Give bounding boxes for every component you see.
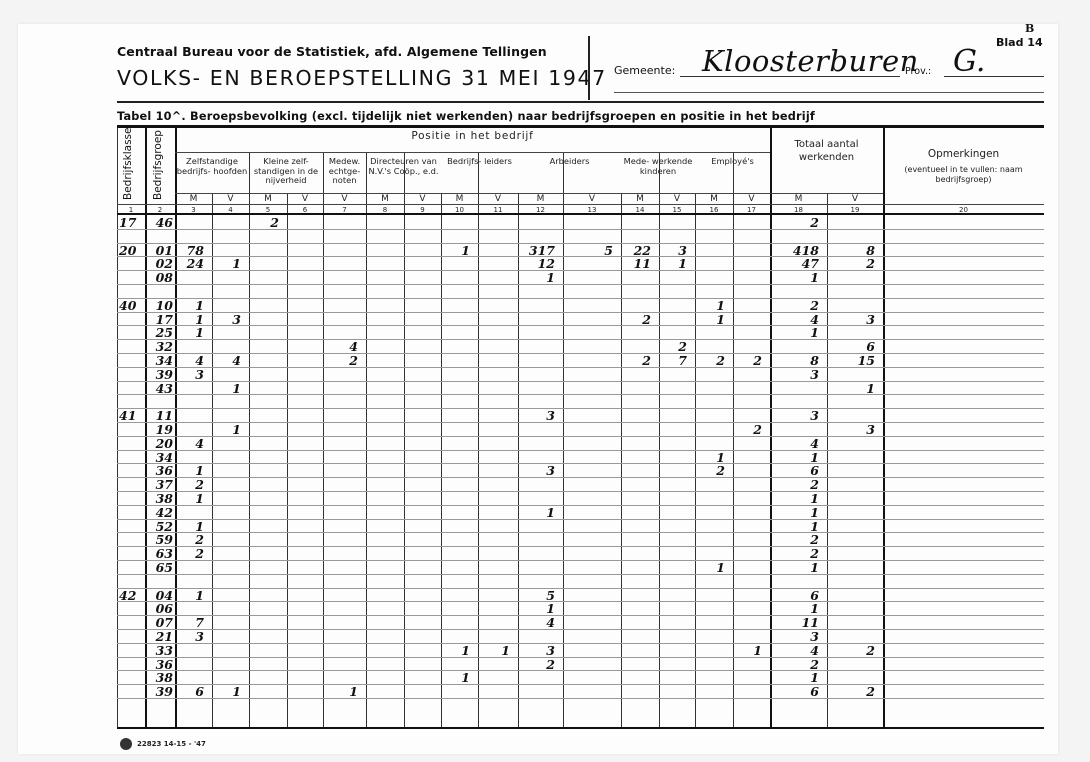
count-cell[interactable]: 1 (212, 256, 241, 271)
count-cell[interactable]: 3 (518, 408, 555, 423)
count-cell[interactable]: 1 (770, 505, 819, 520)
bedrijfsgroep-cell[interactable]: 36 (146, 463, 173, 478)
count-cell[interactable]: 4 (175, 353, 204, 368)
count-cell[interactable]: 6 (770, 684, 819, 699)
row-line (117, 670, 1044, 671)
count-cell[interactable]: 1 (770, 560, 819, 575)
sex-header: M (366, 194, 404, 204)
count-cell[interactable]: 8 (770, 353, 819, 368)
count-cell[interactable]: 2 (733, 422, 762, 437)
sex-header: V (478, 194, 518, 204)
count-cell[interactable]: 1 (323, 684, 358, 699)
count-cell[interactable]: 418 (770, 243, 819, 258)
count-cell[interactable]: 1 (659, 256, 687, 271)
bedrijfsgroep-cell[interactable]: 11 (146, 408, 173, 423)
row-line (117, 353, 1044, 354)
count-cell[interactable]: 4 (212, 353, 241, 368)
bedrijfsgroep-cell[interactable]: 39 (146, 367, 173, 382)
table-bottom-rule (117, 727, 1044, 729)
count-cell[interactable]: 6 (827, 339, 875, 354)
row-line (117, 408, 1044, 409)
group-header: Zelfstandige bedrijfs- hoofden (175, 157, 249, 176)
column-line (249, 152, 250, 727)
count-cell[interactable]: 1 (212, 684, 241, 699)
column-number: 1 (117, 206, 145, 214)
row-line (117, 270, 1044, 271)
column-line (883, 128, 885, 727)
count-cell[interactable]: 1 (478, 643, 510, 658)
count-cell[interactable]: 1 (175, 463, 204, 478)
count-cell[interactable]: 1 (518, 505, 555, 520)
bedrijfsgroep-cell[interactable]: 10 (146, 298, 173, 313)
count-cell[interactable]: 3 (518, 643, 555, 658)
column-line (621, 193, 622, 727)
sex-header: V (659, 194, 695, 204)
column-number: 16 (695, 206, 733, 214)
count-cell[interactable]: 2 (695, 463, 725, 478)
count-cell[interactable]: 1 (175, 588, 204, 603)
count-cell[interactable]: 3 (212, 312, 241, 327)
count-cell[interactable]: 1 (212, 381, 241, 396)
row-line (117, 519, 1044, 520)
group-header: Mede- werkende kinderen (621, 157, 695, 176)
count-cell[interactable]: 2 (827, 256, 875, 271)
count-cell[interactable]: 3 (827, 312, 875, 327)
bedrijfsgroep-cell[interactable]: 52 (146, 519, 173, 534)
sex-header: V (733, 194, 770, 204)
count-cell[interactable]: 1 (770, 601, 819, 616)
count-cell[interactable]: 1 (441, 643, 470, 658)
count-cell[interactable]: 1 (175, 298, 204, 313)
count-cell[interactable]: 2 (733, 353, 762, 368)
count-cell[interactable]: 317 (518, 243, 555, 258)
column-line (659, 152, 660, 727)
count-cell[interactable]: 1 (695, 560, 725, 575)
count-cell[interactable]: 2 (827, 643, 875, 658)
count-cell[interactable]: 1 (175, 325, 204, 340)
bedrijfsgroep-cell[interactable]: 38 (146, 491, 173, 506)
sex-header: M (621, 194, 659, 204)
row-line (117, 574, 1044, 575)
count-cell[interactable]: 78 (175, 243, 204, 258)
count-cell[interactable]: 3 (175, 629, 204, 644)
count-cell[interactable]: 1 (733, 643, 762, 658)
table-title: Tabel 10^. Beroepsbevolking (excl. tijde… (117, 110, 815, 123)
bedrijfsgroep-header: Bedrijfsgroep (152, 130, 164, 200)
count-cell[interactable]: 3 (175, 367, 204, 382)
gemeente-label: Gemeente: (614, 64, 675, 77)
count-cell[interactable]: 1 (770, 325, 819, 340)
blad-label: Blad (996, 36, 1023, 49)
sex-header: V (287, 194, 323, 204)
row-line (117, 298, 1044, 299)
column-number: 6 (287, 206, 323, 214)
column-number: 9 (404, 206, 441, 214)
count-cell[interactable]: 3 (827, 422, 875, 437)
bedrijfsgroep-cell[interactable]: 34 (146, 450, 173, 465)
count-cell[interactable]: 1 (770, 491, 819, 506)
row-line (117, 629, 1044, 630)
bedrijfsgroep-cell[interactable]: 43 (146, 381, 173, 396)
group-header: Medew. echtge- noten (323, 157, 366, 186)
sex-header: M (175, 194, 212, 204)
count-cell[interactable]: 47 (770, 256, 819, 271)
bureau-heading: Centraal Bureau voor de Statistiek, afd.… (117, 44, 547, 59)
sex-header: V (212, 194, 249, 204)
bedrijfsgroep-cell[interactable]: 34 (146, 353, 173, 368)
header-rule (117, 101, 1044, 103)
group-header: Arbeiders (518, 157, 621, 167)
row-line (117, 643, 1044, 644)
row-line (117, 615, 1044, 616)
count-cell[interactable]: 5 (563, 243, 613, 258)
row-line (117, 698, 1044, 699)
count-cell[interactable]: 1 (770, 519, 819, 534)
column-line (117, 128, 118, 727)
row-line (117, 505, 1044, 506)
row-line (117, 532, 1044, 533)
positie-header: Positie in het bedrijf (175, 132, 770, 142)
opmerkingen-note: (eventueel in te vullen: naam bedrijfsgr… (900, 165, 1027, 184)
count-cell[interactable]: 1 (695, 298, 725, 313)
group-header: Bedrijfs- leiders (441, 157, 518, 167)
count-cell[interactable]: 2 (770, 657, 819, 672)
row-line (117, 381, 1044, 382)
count-cell[interactable]: 2 (175, 477, 204, 492)
count-cell[interactable]: 2 (621, 353, 651, 368)
bedrijfsgroep-cell[interactable]: 17 (146, 312, 173, 327)
bedrijfsklasse-cell[interactable]: 17 (119, 215, 143, 230)
footer-code: 22823 14-15 - '47 (137, 740, 206, 748)
count-cell[interactable]: 24 (175, 256, 204, 271)
count-cell[interactable]: 12 (518, 256, 555, 271)
bedrijfsgroep-cell[interactable]: 63 (146, 546, 173, 561)
row-line (117, 684, 1044, 685)
count-cell[interactable]: 4 (770, 643, 819, 658)
count-cell[interactable]: 5 (518, 588, 555, 603)
count-cell[interactable]: 2 (770, 215, 819, 230)
count-cell[interactable]: 7 (175, 615, 204, 630)
group-header: Kleine zelf- standigen in de nijverheid (249, 157, 323, 186)
count-cell[interactable]: 1 (770, 670, 819, 685)
count-cell[interactable]: 2 (770, 477, 819, 492)
column-number: 19 (827, 206, 883, 214)
opmerkingen-header: Opmerkingen (883, 150, 1044, 160)
row-line (117, 450, 1044, 451)
count-cell[interactable]: 2 (518, 657, 555, 672)
column-line (323, 152, 324, 727)
count-cell[interactable]: 4 (175, 436, 204, 451)
count-cell[interactable]: 2 (770, 298, 819, 313)
bedrijfsgroep-cell[interactable]: 37 (146, 477, 173, 492)
column-number: 2 (145, 206, 175, 214)
count-cell[interactable]: 1 (441, 243, 470, 258)
column-number: 5 (249, 206, 287, 214)
count-cell[interactable]: 7 (659, 353, 687, 368)
prov-field[interactable]: G. (953, 44, 985, 79)
count-cell[interactable]: 1 (695, 450, 725, 465)
bedrijfsgroep-cell[interactable]: 04 (146, 588, 173, 603)
column-line (212, 193, 213, 727)
count-cell[interactable]: 4 (518, 615, 555, 630)
header-underline (614, 92, 1044, 93)
row-line (117, 657, 1044, 658)
count-cell[interactable]: 2 (621, 312, 651, 327)
group-header: Employé's (695, 157, 770, 167)
row-line (117, 422, 1044, 423)
bedrijfsgroep-cell[interactable]: 42 (146, 505, 173, 520)
blad-mark: B (1025, 22, 1034, 35)
count-cell[interactable]: 3 (770, 629, 819, 644)
sex-header: M (249, 194, 287, 204)
column-number: 4 (212, 206, 249, 214)
sex-header: V (827, 194, 883, 204)
count-cell[interactable]: 3 (770, 367, 819, 382)
column-number: 14 (621, 206, 659, 214)
count-cell[interactable]: 1 (518, 601, 555, 616)
row-line (117, 546, 1044, 547)
row-line (117, 367, 1044, 368)
bedrijfsgroep-cell[interactable]: 46 (146, 215, 173, 230)
count-cell[interactable]: 15 (827, 353, 875, 368)
table-top-rule (117, 125, 1044, 128)
header-line (175, 152, 770, 153)
column-number: 8 (366, 206, 404, 214)
column-number: 11 (478, 206, 518, 214)
count-cell[interactable]: 1 (770, 450, 819, 465)
printer-logo-icon (120, 738, 132, 750)
count-cell[interactable]: 22 (621, 243, 651, 258)
row-line (117, 284, 1044, 285)
row-line (117, 477, 1044, 478)
count-cell[interactable]: 1 (212, 422, 241, 437)
bedrijfsgroep-cell[interactable]: 02 (146, 256, 173, 271)
header-divider (588, 36, 590, 100)
column-line (478, 152, 479, 727)
count-cell[interactable]: 2 (175, 532, 204, 547)
sex-header: M (695, 194, 733, 204)
row-line (117, 325, 1044, 326)
gemeente-field[interactable]: Kloosterburen (702, 44, 919, 78)
count-cell[interactable]: 1 (175, 519, 204, 534)
column-line (287, 193, 288, 727)
row-line (117, 339, 1044, 340)
sex-header: M (518, 194, 563, 204)
sex-header: M (770, 194, 827, 204)
count-cell[interactable]: 1 (175, 491, 204, 506)
count-cell[interactable]: 6 (770, 463, 819, 478)
prov-label: Prov.: (905, 66, 931, 77)
count-cell[interactable]: 2 (827, 684, 875, 699)
count-cell[interactable]: 3 (770, 408, 819, 423)
row-line (117, 436, 1044, 437)
blad-value: 14 (1027, 36, 1042, 49)
count-cell[interactable]: 4 (323, 339, 358, 354)
bedrijfsgroep-cell[interactable]: 33 (146, 643, 173, 658)
column-number: 20 (883, 206, 1044, 214)
count-cell[interactable]: 3 (518, 463, 555, 478)
count-cell[interactable]: 1 (441, 670, 470, 685)
count-cell[interactable]: 1 (827, 381, 875, 396)
bedrijfsklasse-cell[interactable]: 40 (119, 298, 143, 313)
count-cell[interactable]: 8 (827, 243, 875, 258)
column-number: 17 (733, 206, 770, 214)
print-footer: 22823 14-15 - '47 (120, 738, 206, 750)
column-line (733, 152, 734, 727)
column-line (404, 152, 405, 727)
count-cell[interactable]: 1 (770, 270, 819, 285)
column-number: 15 (659, 206, 695, 214)
row-line (117, 394, 1044, 395)
column-line (563, 152, 564, 727)
sex-header: V (323, 194, 366, 204)
row-line (117, 560, 1044, 561)
column-number: 18 (770, 206, 827, 214)
count-cell[interactable]: 1 (518, 270, 555, 285)
bedrijfsgroep-cell[interactable]: 38 (146, 670, 173, 685)
count-cell[interactable]: 2 (659, 339, 687, 354)
count-cell[interactable]: 2 (695, 353, 725, 368)
sex-header: V (404, 194, 441, 204)
bedrijfsgroep-cell[interactable]: 65 (146, 560, 173, 575)
count-cell[interactable]: 11 (621, 256, 651, 271)
column-number: 10 (441, 206, 478, 214)
bedrijfsklasse-cell[interactable]: 41 (119, 408, 143, 423)
column-number: 3 (175, 206, 212, 214)
header-line (117, 204, 1044, 205)
bedrijfsgroep-cell[interactable]: 06 (146, 601, 173, 616)
blad-number: Blad 14 (996, 36, 1043, 49)
column-number: 12 (518, 206, 563, 214)
column-number: 7 (323, 206, 366, 214)
count-cell[interactable]: 3 (659, 243, 687, 258)
row-line (117, 312, 1044, 313)
bedrijfsklasse-header: Bedrijfsklasse (122, 128, 134, 200)
bedrijfsgroep-cell[interactable]: 19 (146, 422, 173, 437)
count-cell[interactable]: 6 (175, 684, 204, 699)
row-line (117, 491, 1044, 492)
row-line (117, 601, 1044, 602)
count-cell[interactable]: 11 (770, 615, 819, 630)
group-header: Directeuren van N.V.'s Coöp., e.d. (366, 157, 441, 176)
bedrijfsgroep-cell[interactable]: 36 (146, 657, 173, 672)
count-cell[interactable]: 4 (770, 312, 819, 327)
bedrijfsgroep-cell[interactable]: 07 (146, 615, 173, 630)
bedrijfsgroep-cell[interactable]: 01 (146, 243, 173, 258)
count-cell[interactable]: 6 (770, 588, 819, 603)
count-cell[interactable]: 2 (770, 532, 819, 547)
count-cell[interactable]: 2 (770, 546, 819, 561)
bedrijfsgroep-cell[interactable]: 59 (146, 532, 173, 547)
column-number: 13 (563, 206, 621, 214)
count-cell[interactable]: 2 (323, 353, 358, 368)
sex-header: V (563, 194, 621, 204)
bedrijfsgroep-cell[interactable]: 32 (146, 339, 173, 354)
bedrijfsklasse-cell[interactable]: 20 (119, 243, 143, 258)
bedrijfsgroep-cell[interactable]: 25 (146, 325, 173, 340)
bedrijfsgroep-cell[interactable]: 39 (146, 684, 173, 699)
form-title: VOLKS- EN BEROEPSTELLING 31 MEI 1947 (117, 66, 607, 90)
count-cell[interactable]: 1 (175, 312, 204, 327)
bedrijfsgroep-cell[interactable]: 20 (146, 436, 173, 451)
column-line (366, 152, 367, 727)
bedrijfsklasse-cell[interactable]: 42 (119, 588, 143, 603)
sex-header: M (441, 194, 478, 204)
bedrijfsgroep-cell[interactable]: 21 (146, 629, 173, 644)
row-line (117, 463, 1044, 464)
count-cell[interactable]: 4 (770, 436, 819, 451)
count-cell[interactable]: 1 (695, 312, 725, 327)
totaal-header: Totaal aantal werkenden (770, 138, 883, 164)
count-cell[interactable]: 2 (249, 215, 279, 230)
row-line (117, 588, 1044, 589)
bedrijfsgroep-cell[interactable]: 08 (146, 270, 173, 285)
count-cell[interactable]: 2 (175, 546, 204, 561)
